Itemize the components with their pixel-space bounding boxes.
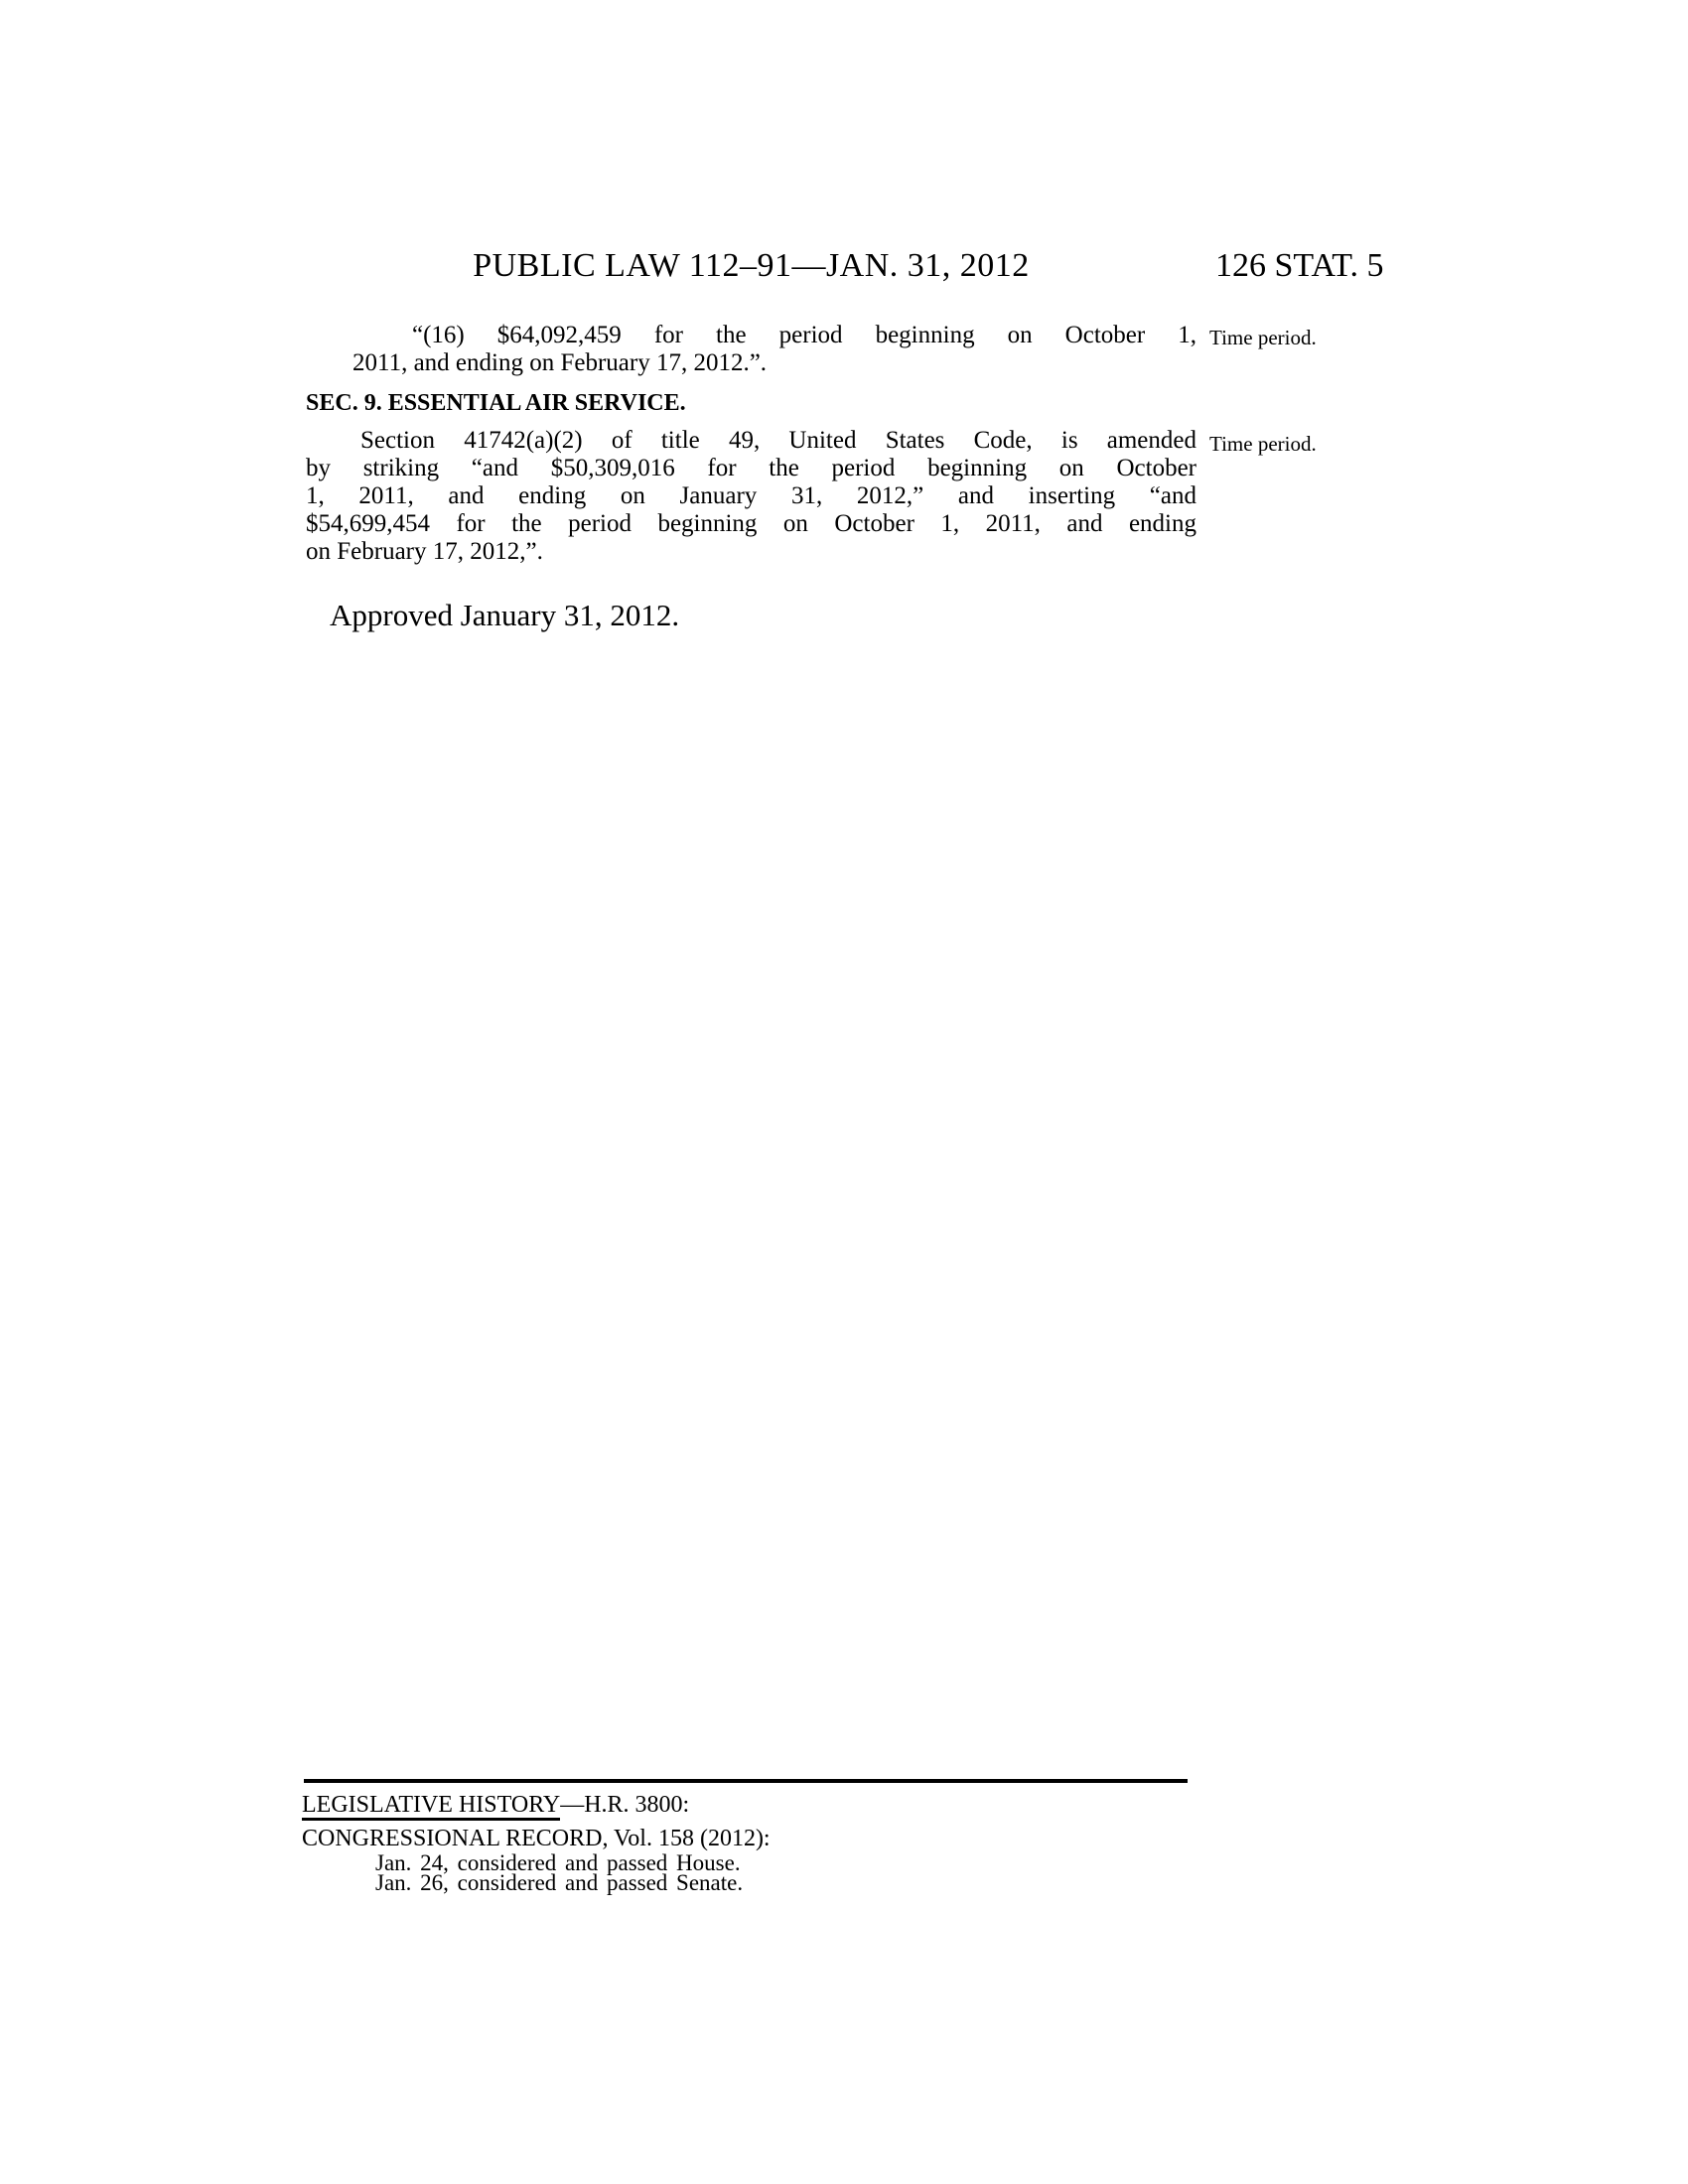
margin-note-time-period-1: Time period. xyxy=(1209,326,1398,349)
text-line: “(16) $64,092,459 for the period beginni… xyxy=(306,322,1196,349)
legislative-history-heading: LEGISLATIVE HISTORY—H.R. 3800: xyxy=(302,1792,689,1821)
stat-page-citation: 126 STAT. 5 xyxy=(1215,248,1384,284)
paragraph-16: “(16) $64,092,459 for the period beginni… xyxy=(306,322,1196,377)
text-line: Section 41742(a)(2) of title 49, United … xyxy=(306,427,1196,455)
margin-note-time-period-2: Time period. xyxy=(1209,432,1398,456)
text-line: on February 17, 2012,”. xyxy=(306,538,1196,566)
text-line: 2011, and ending on February 17, 2012.”. xyxy=(306,349,1196,377)
statute-page: PUBLIC LAW 112–91—JAN. 31, 2012 126 STAT… xyxy=(0,0,1688,2184)
legislative-history-heading-underlined: LEGISLATIVE HISTORY xyxy=(302,1792,560,1821)
text-line: $54,699,454 for the period beginning on … xyxy=(306,510,1196,538)
congressional-record-line: CONGRESSIONAL RECORD, Vol. 158 (2012): xyxy=(302,1826,771,1851)
legislative-history-heading-rest: —H.R. 3800: xyxy=(560,1792,689,1818)
text-line: by striking “and $50,309,016 for the per… xyxy=(306,455,1196,482)
text-line: 1, 2011, and ending on January 31, 2012,… xyxy=(306,482,1196,510)
approved-line: Approved January 31, 2012. xyxy=(306,599,1196,632)
legislative-history-rule xyxy=(304,1779,1188,1783)
record-entry-senate: Jan. 26, considered and passed Senate. xyxy=(375,1870,743,1895)
section-9-paragraph: Section 41742(a)(2) of title 49, United … xyxy=(306,427,1196,566)
section-9-heading: SEC. 9. ESSENTIAL AIR SERVICE. xyxy=(306,389,1196,417)
running-header-law-title: PUBLIC LAW 112–91—JAN. 31, 2012 xyxy=(306,248,1196,284)
